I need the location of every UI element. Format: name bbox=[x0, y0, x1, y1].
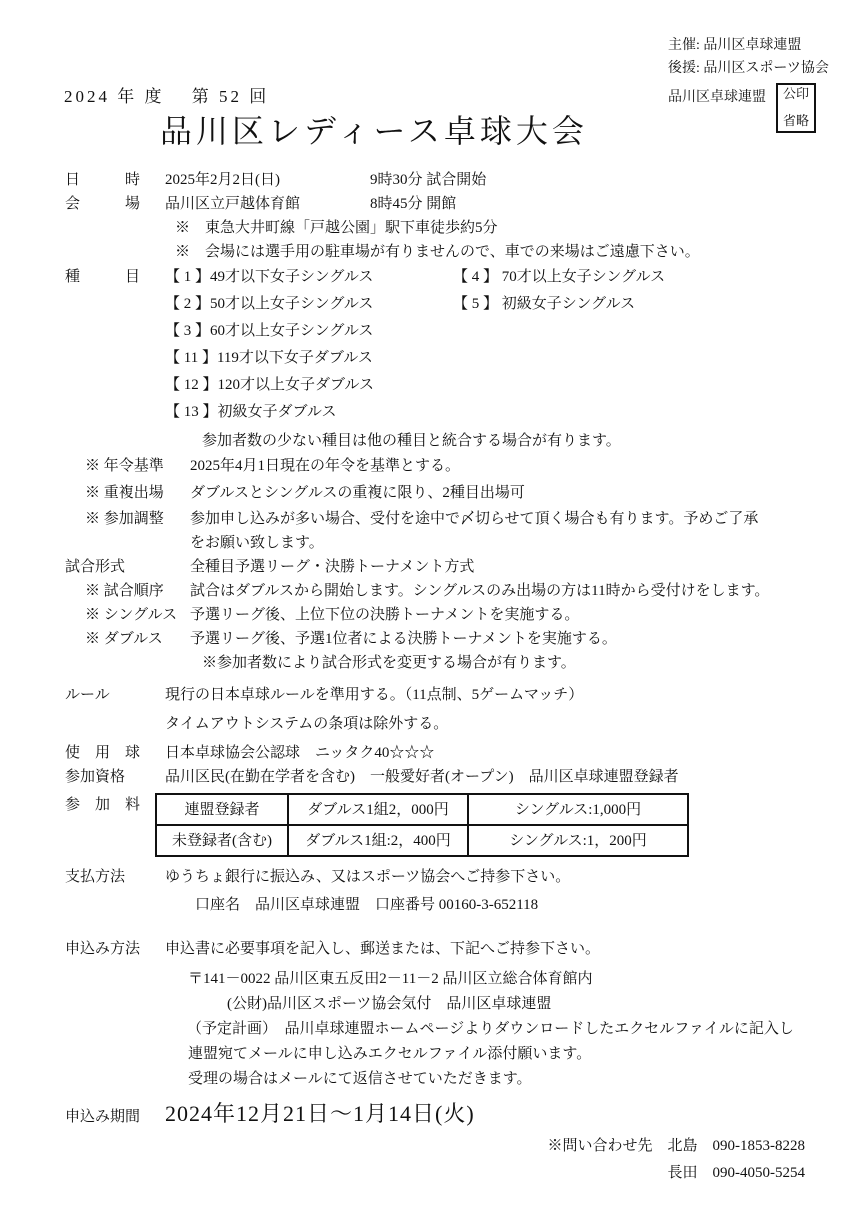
application-reply-row: 受理の場合はメールにて返信させていただきます。 bbox=[0, 1067, 868, 1092]
fees-table: 連盟登録者 ダブルス1組2，000円 シングルス:1,000円 未登録者(含む)… bbox=[155, 793, 689, 857]
document-body: 日 時 2025年2月2日(日) 9時30分 試合開始 会 場 品川区立戸越体育… bbox=[0, 158, 868, 1187]
venue-open-time: 8時45分 開館 bbox=[370, 192, 456, 216]
sponsor-line: 主催: 品川区卓球連盟 bbox=[668, 34, 833, 57]
fees-row: 参 加 料 連盟登録者 ダブルス1組2，000円 シングルス:1,000円 未登… bbox=[0, 793, 868, 857]
period-value: 2024年12月21日～1月14日(火) bbox=[165, 1102, 475, 1126]
period-label: 申込み期間 bbox=[65, 1105, 165, 1129]
venue-note-parking: ※ 会場には選手用の駐車場が有りませんので、車での来場はご遠慮下さい。 bbox=[0, 240, 868, 264]
fee-member-type: 連盟登録者 bbox=[156, 794, 288, 825]
fee-singles: シングルス:1，200円 bbox=[468, 825, 688, 856]
age-basis-label: ※ 年令基準 bbox=[65, 453, 190, 480]
singles-format-label: ※ シングルス bbox=[65, 603, 190, 627]
fee-doubles: ダブルス1組:2，400円 bbox=[288, 825, 468, 856]
seal-omitted-box: 公印 省略 bbox=[776, 83, 816, 133]
datetime-label: 日 時 bbox=[65, 168, 165, 192]
rules-row-continued: タイムアウトシステムの条項は除外する。 bbox=[0, 712, 868, 736]
format-change-note: ※参加者数により試合形式を変更する場合が有ります。 bbox=[0, 651, 868, 675]
doubles-format-text: 予選リーグ後、予選1位者による決勝トーナメントを実施する。 bbox=[190, 627, 617, 651]
venue-value: 品川区立戸越体育館 bbox=[165, 192, 370, 216]
event-merge-note: 参加者数の少ない種目は他の種目と統合する場合が有ります。 bbox=[0, 429, 868, 453]
adjustment-row: ※ 参加調整 参加申し込みが多い場合、受付を途中で〆切らせて頂く場合も有ります。… bbox=[0, 507, 868, 531]
table-row: 未登録者(含む) ダブルス1組:2，400円 シングルス:1，200円 bbox=[156, 825, 688, 856]
page-title: 品川区レディース卓球大会 bbox=[160, 106, 588, 152]
datetime-value: 2025年2月2日(日) bbox=[165, 168, 370, 192]
table-row: 連盟登録者 ダブルス1組2，000円 シングルス:1,000円 bbox=[156, 794, 688, 825]
age-basis-row: ※ 年令基準 2025年4月1日現在の年令を基準とする。 bbox=[0, 453, 868, 480]
venue-label: 会 場 bbox=[65, 192, 165, 216]
eligibility-row: 参加資格 品川区民(在勤在学者を含む) 一般愛好者(オープン) 品川区卓球連盟登… bbox=[0, 765, 868, 789]
datetime-start-time: 9時30分 試合開始 bbox=[370, 168, 486, 192]
eligibility-text: 品川区民(在勤在学者を含む) 一般愛好者(オープン) 品川区卓球連盟登録者 bbox=[165, 765, 679, 789]
application-label: 申込み方法 bbox=[65, 937, 165, 961]
venue-row: 会 場 品川区立戸越体育館 8時45分 開館 bbox=[0, 192, 868, 216]
eligibility-label: 参加資格 bbox=[65, 765, 165, 789]
venue-note-access: ※ 東急大井町線「戸越公園」駅下車徒歩約5分 bbox=[0, 216, 868, 240]
fee-doubles: ダブルス1組2，000円 bbox=[288, 794, 468, 825]
event-row: 【 13 】初級女子ダブルス bbox=[0, 399, 868, 426]
period-row: 申込み期間 2024年12月21日～1月14日(火) bbox=[0, 1102, 868, 1129]
federation-line-row: 品川区卓球連盟 公印 省略 bbox=[668, 86, 833, 109]
event-row: 【 11 】119才以下女子ダブルス bbox=[0, 345, 868, 372]
event-item: 【 4 】 70才以上女子シングルス bbox=[453, 264, 665, 291]
rules-row: ルール 現行の日本卓球ルールを準用する。（11点制、5ゲームマッチ） bbox=[0, 683, 868, 707]
federation-name: 品川区卓球連盟 bbox=[668, 90, 766, 105]
contact-line-kitajima: ※問い合わせ先 北島 090-1853-8228 bbox=[0, 1133, 805, 1160]
fees-label: 参 加 料 bbox=[65, 793, 160, 817]
payment-label: 支払方法 bbox=[65, 865, 165, 889]
match-order-row: ※ 試合順序 試合はダブルスから開始します。シングルスのみ出場の方は11時から受… bbox=[0, 579, 868, 603]
account-info: 口座名 品川区卓球連盟 口座番号 00160-3-652118 bbox=[65, 893, 538, 917]
doubles-format-row: ※ ダブルス 予選リーグ後、予選1位者による決勝トーナメントを実施する。 bbox=[0, 627, 868, 651]
format-row: 試合形式 全種目予選リーグ・決勝トーナメント方式 bbox=[0, 555, 868, 579]
account-row: 口座名 品川区卓球連盟 口座番号 00160-3-652118 bbox=[0, 893, 868, 917]
format-text: 全種目予選リーグ・決勝トーナメント方式 bbox=[190, 555, 474, 579]
email-line: 連盟宛てメールに申し込みエクセルファイル添付願います。 bbox=[65, 1042, 591, 1067]
adjustment-label: ※ 参加調整 bbox=[65, 507, 190, 531]
event-item: 【 13 】初級女子ダブルス bbox=[165, 399, 453, 426]
duplicate-entry-label: ※ 重複出場 bbox=[65, 480, 190, 507]
payment-row: 支払方法 ゆうちょ銀行に振込み、又はスポーツ協会へご持参下さい。 bbox=[0, 865, 868, 889]
adjustment-row-continued: をお願い致します。 bbox=[0, 531, 868, 555]
application-text: 申込書に必要事項を記入し、郵送または、下記へご持参下さい。 bbox=[165, 937, 600, 961]
ball-label: 使 用 球 bbox=[65, 741, 165, 765]
event-item: 【 5 】 初級女子シングルス bbox=[453, 291, 635, 318]
age-basis-text: 2025年4月1日現在の年令を基準とする。 bbox=[190, 453, 460, 480]
seal-text-top: 公印 bbox=[783, 87, 809, 101]
event-row: 種 目 【 1 】49才以下女子シングルス 【 4 】 70才以上女子シングルス bbox=[0, 264, 868, 291]
application-email-row: 連盟宛てメールに申し込みエクセルファイル添付願います。 bbox=[0, 1042, 868, 1067]
postal-address: 〒141－0022 品川区東五反田2－11－2 品川区立総合体育館内 bbox=[65, 967, 592, 992]
ball-text: 日本卓球協会公認球 ニッタク40☆☆☆ bbox=[165, 741, 434, 765]
event-item: 【 1 】49才以下女子シングルス bbox=[165, 264, 453, 291]
application-plan-row: （予定計画） 品川卓球連盟ホームページよりダウンロードしたエクセルファイルに記入… bbox=[0, 1017, 868, 1042]
event-item: 【 2 】50才以上女子シングルス bbox=[165, 291, 453, 318]
support-line: 後援: 品川区スポーツ協会 bbox=[668, 57, 833, 80]
edition-line: 2024 年 度 第 52 回 bbox=[64, 82, 269, 107]
event-item: 【 11 】119才以下女子ダブルス bbox=[165, 345, 453, 372]
contact-line-osada: 長田 090-4050-5254 bbox=[0, 1160, 805, 1187]
application-row: 申込み方法 申込書に必要事項を記入し、郵送または、下記へご持参下さい。 bbox=[0, 937, 868, 961]
organizer-block: 主催: 品川区卓球連盟 後援: 品川区スポーツ協会 品川区卓球連盟 公印 省略 bbox=[668, 34, 833, 109]
singles-format-text: 予選リーグ後、上位下位の決勝トーナメントを実施する。 bbox=[190, 603, 579, 627]
format-label: 試合形式 bbox=[65, 555, 190, 579]
event-item: 【 3 】60才以上女子シングルス bbox=[165, 318, 453, 345]
reply-line: 受理の場合はメールにて返信させていただきます。 bbox=[65, 1067, 532, 1092]
fee-singles: シングルス:1,000円 bbox=[468, 794, 688, 825]
duplicate-entry-text: ダブルスとシングルスの重複に限り、2種目出場可 bbox=[190, 480, 525, 507]
care-of-line: (公財)品川区スポーツ協会気付 品川区卓球連盟 bbox=[65, 992, 551, 1017]
application-address-row: (公財)品川区スポーツ協会気付 品川区卓球連盟 bbox=[0, 992, 868, 1017]
match-order-text: 試合はダブルスから開始します。シングルスのみ出場の方は11時から受付けをします。 bbox=[190, 579, 769, 603]
seal-text-bottom: 省略 bbox=[783, 114, 809, 128]
event-row: 【 2 】50才以上女子シングルス 【 5 】 初級女子シングルス bbox=[0, 291, 868, 318]
doubles-format-label: ※ ダブルス bbox=[65, 627, 190, 651]
duplicate-entry-row: ※ 重複出場 ダブルスとシングルスの重複に限り、2種目出場可 bbox=[0, 480, 868, 507]
event-item: 【 12 】120才以上女子ダブルス bbox=[165, 372, 453, 399]
datetime-row: 日 時 2025年2月2日(日) 9時30分 試合開始 bbox=[0, 168, 868, 192]
events-label: 種 目 bbox=[65, 264, 165, 291]
singles-format-row: ※ シングルス 予選リーグ後、上位下位の決勝トーナメントを実施する。 bbox=[0, 603, 868, 627]
plan-line: （予定計画） 品川卓球連盟ホームページよりダウンロードしたエクセルファイルに記入… bbox=[65, 1017, 794, 1042]
fee-member-type: 未登録者(含む) bbox=[156, 825, 288, 856]
match-order-label: ※ 試合順序 bbox=[65, 579, 190, 603]
adjustment-text: 参加申し込みが多い場合、受付を途中で〆切らせて頂く場合も有ります。予めご了承 bbox=[190, 507, 758, 531]
payment-text: ゆうちょ銀行に振込み、又はスポーツ協会へご持参下さい。 bbox=[165, 865, 570, 889]
ball-row: 使 用 球 日本卓球協会公認球 ニッタク40☆☆☆ bbox=[0, 741, 868, 765]
rules-label: ルール bbox=[65, 683, 165, 707]
tournament-flyer-page: 主催: 品川区卓球連盟 後援: 品川区スポーツ協会 品川区卓球連盟 公印 省略 … bbox=[0, 0, 868, 1228]
event-row: 【 12 】120才以上女子ダブルス bbox=[0, 372, 868, 399]
rules-text-1: 現行の日本卓球ルールを準用する。（11点制、5ゲームマッチ） bbox=[165, 683, 583, 707]
event-row: 【 3 】60才以上女子シングルス bbox=[0, 318, 868, 345]
application-address-row: 〒141－0022 品川区東五反田2－11－2 品川区立総合体育館内 bbox=[0, 967, 868, 992]
contact-block: ※問い合わせ先 北島 090-1853-8228 長田 090-4050-525… bbox=[0, 1133, 868, 1187]
